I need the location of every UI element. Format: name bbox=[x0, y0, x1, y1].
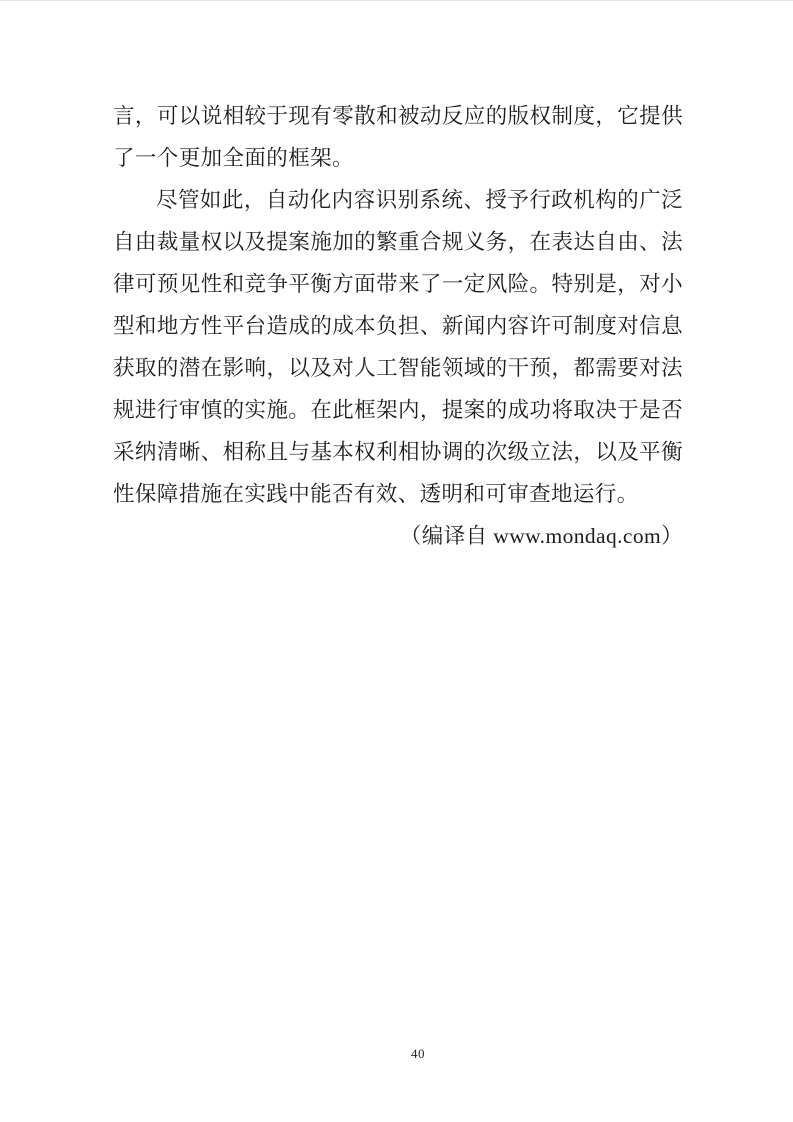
paragraph-continuation: 言，可以说相较于现有零散和被动反应的版权制度，它提供了一个更加全面的框架。 bbox=[113, 95, 683, 179]
paragraph-main: 尽管如此，自动化内容识别系统、授予行政机构的广泛自由裁量权以及提案施加的繁重合规… bbox=[113, 179, 683, 515]
page-number: 40 bbox=[411, 1046, 425, 1061]
document-page: 言，可以说相较于现有零散和被动反应的版权制度，它提供了一个更加全面的框架。 尽管… bbox=[0, 0, 793, 1122]
page-footer: 40 bbox=[388, 1045, 448, 1063]
page-edge-line bbox=[0, 0, 793, 1]
document-body: 言，可以说相较于现有零散和被动反应的版权制度，它提供了一个更加全面的框架。 尽管… bbox=[113, 95, 683, 557]
attribution-line: （编译自 www.mondaq.com） bbox=[113, 515, 683, 557]
